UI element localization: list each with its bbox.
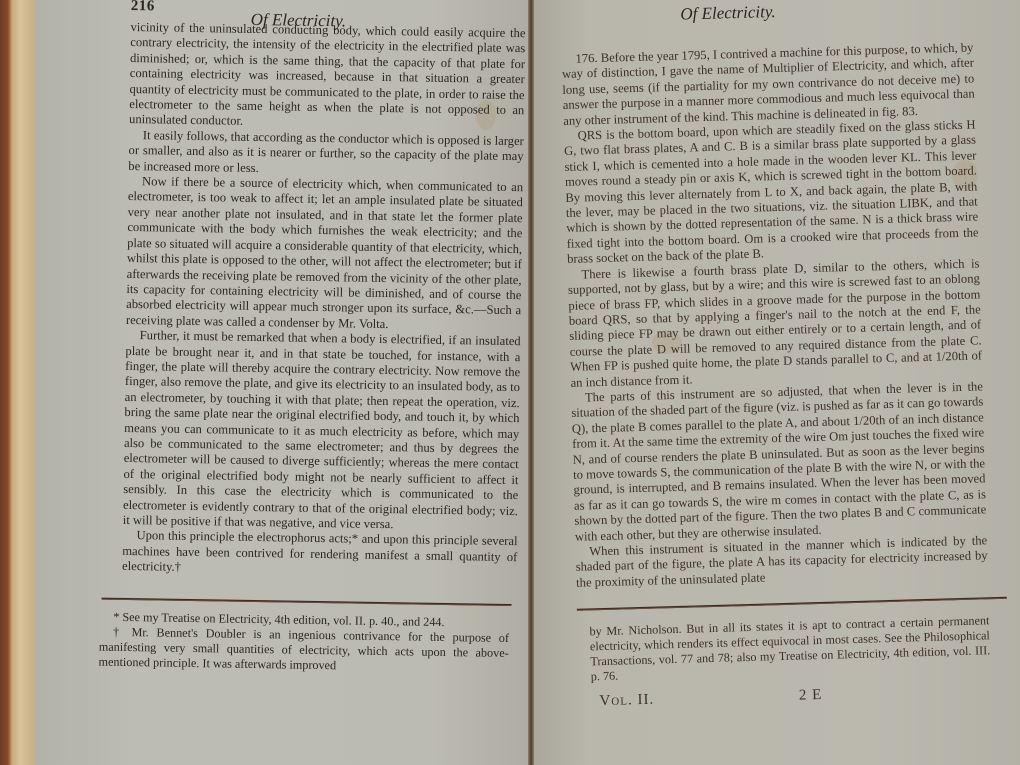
- running-head: Of Electricity.: [680, 2, 776, 25]
- volume-label: Vol. II.: [599, 692, 654, 710]
- paragraph: vicinity of the uninsulated conducting b…: [129, 20, 526, 134]
- footnote: † Mr. Bennet's Doubler is an ingenious c…: [98, 625, 509, 676]
- signature-mark: 2 E: [799, 687, 823, 704]
- paragraph: The parts of this instrument are so adju…: [571, 379, 987, 545]
- left-body-text: vicinity of the uninsulated conducting b…: [122, 20, 526, 581]
- paragraph: Further, it must be remarked that when a…: [123, 328, 521, 534]
- open-book-photo: 216 Of Electricity. vicinity of the unin…: [0, 0, 1020, 765]
- footnote-rule: [102, 598, 512, 606]
- book-gutter: [528, 0, 534, 765]
- paragraph: Now if there be a source of electricity …: [126, 174, 523, 334]
- paragraph: 176. Before the year 1795, I contrived a…: [561, 40, 975, 129]
- left-page-content: 216 Of Electricity. vicinity of the unin…: [131, 0, 526, 21]
- paragraph: It easily follows, that according as the…: [128, 128, 524, 180]
- footnote: by Mr. Nicholson. But in all its states …: [589, 613, 991, 684]
- right-page-content: Of Electricity. 176. Before the year 179…: [560, 0, 972, 4]
- paragraph: Upon this principle the electrophorus ac…: [122, 528, 518, 580]
- left-page: 216 Of Electricity. vicinity of the unin…: [36, 0, 532, 765]
- signature-line: Vol. II. 2 E: [599, 687, 822, 710]
- footnote-rule: [577, 597, 1007, 611]
- paragraph: There is likewise a fourth brass plate D…: [567, 256, 982, 391]
- right-page: Of Electricity. 176. Before the year 179…: [532, 0, 1020, 765]
- paragraph: QRS is the bottom board, upon which are …: [563, 117, 979, 267]
- right-body-text: 176. Before the year 1795, I contrived a…: [561, 40, 988, 591]
- right-footnotes: by Mr. Nicholson. But in all its states …: [589, 613, 991, 684]
- left-footnotes: * See my Treatise on Electricity, 4th ed…: [98, 610, 509, 676]
